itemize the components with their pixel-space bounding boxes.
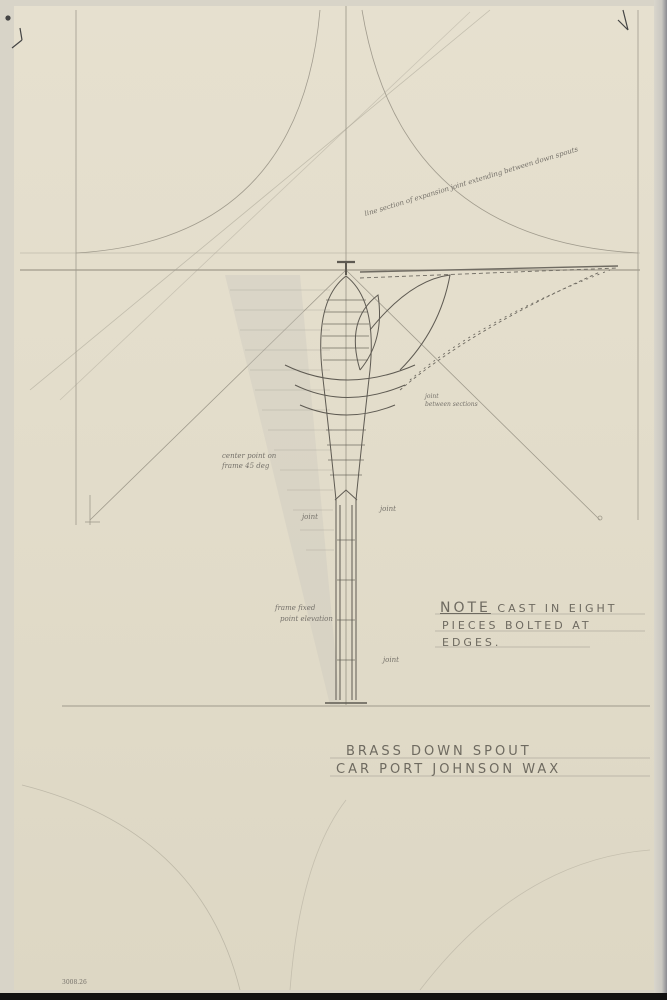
annotation-between-sections: between sections — [425, 401, 478, 408]
annotation-joint-upper: joint — [425, 393, 439, 400]
annotation-joint-right: joint — [380, 505, 396, 513]
catalog-number: 3008.26 — [62, 979, 87, 986]
note-line-3: EDGES. — [442, 636, 501, 649]
drawing-sheet: BRASS DOWN SPOUT CAR PORT JOHNSON WAX NO… — [0, 0, 667, 1000]
annotation-center-point: center point on — [222, 452, 276, 460]
title-line-1: BRASS DOWN SPOUT — [346, 744, 532, 759]
note-line-1: NOTE CAST IN EIGHT — [440, 600, 617, 616]
annotation-joint-left: joint — [302, 513, 318, 521]
title-line-2: CAR PORT JOHNSON WAX — [336, 762, 561, 777]
annotation-frame-fixed: frame fixed — [275, 604, 315, 612]
annotation-point-elevation: point elevation — [280, 615, 333, 623]
annotation-joint-lower: joint — [383, 656, 399, 664]
note-text-1: CAST IN EIGHT — [497, 602, 617, 615]
note-label: NOTE — [440, 600, 491, 616]
annotation-frame: frame 45 deg — [222, 462, 269, 470]
note-line-2: PIECES BOLTED AT — [442, 619, 592, 632]
